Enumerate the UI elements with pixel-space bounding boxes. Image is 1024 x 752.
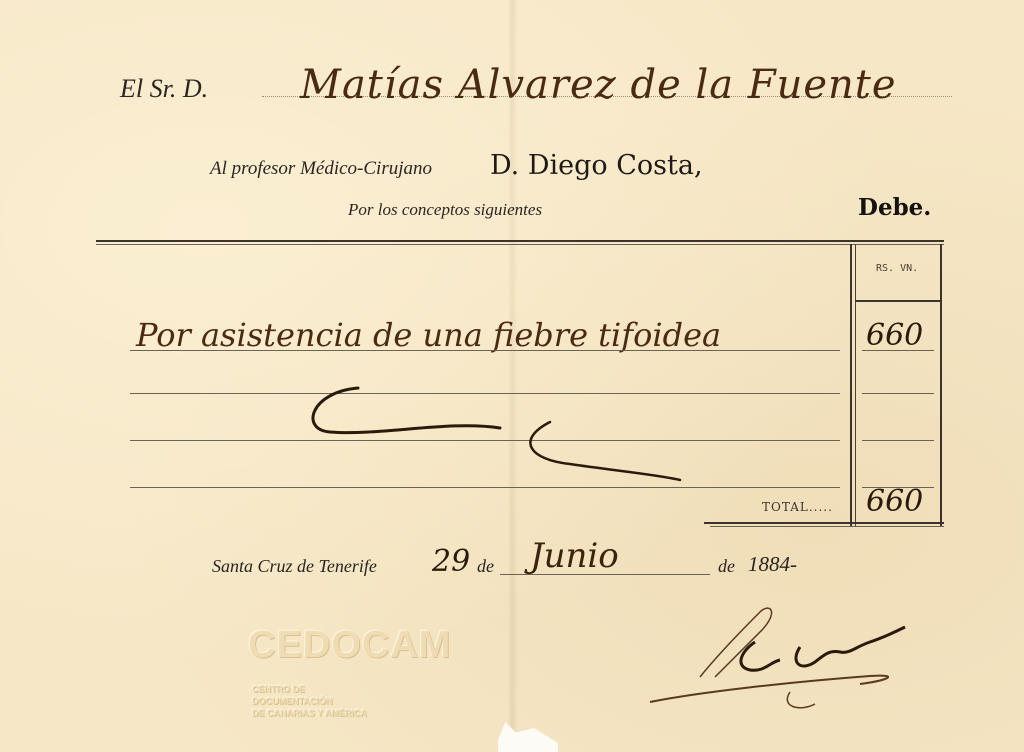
ink-flourish-icon bbox=[290, 380, 710, 490]
item-description: Por asistencia de una fiebre tifoidea bbox=[136, 316, 721, 354]
addressee-name: Matías Alvarez de la Fuente bbox=[300, 62, 897, 108]
item-rule bbox=[130, 350, 840, 351]
creditor-name: D. Diego Costa, bbox=[490, 150, 703, 181]
signature-icon bbox=[640, 592, 940, 722]
item-amount-rule bbox=[862, 350, 934, 351]
date-de-2: de bbox=[718, 556, 735, 577]
amount-header-rule bbox=[855, 300, 940, 302]
table-top-rule bbox=[96, 240, 944, 242]
concepts-label: Por los conceptos siguientes bbox=[348, 200, 542, 220]
empty-amount-line-1 bbox=[862, 393, 934, 394]
currency-header: RS. VN. bbox=[876, 263, 918, 274]
table-bottom-rule bbox=[704, 522, 944, 524]
invoice-document: El Sr. D. Matías Alvarez de la Fuente Al… bbox=[0, 0, 1024, 752]
paper-tear bbox=[498, 722, 558, 752]
date-day: 29 bbox=[432, 544, 470, 579]
item-amount: 660 bbox=[866, 318, 923, 353]
table-top-rule-inner bbox=[96, 244, 944, 245]
date-month: Junio bbox=[530, 536, 619, 576]
amount-column-divider-inner bbox=[855, 244, 856, 526]
stamp-line-2: DOCUMENTACIÓN bbox=[252, 696, 332, 706]
stamp-line-1: CENTRO DE bbox=[252, 684, 305, 694]
debe-label: Debe. bbox=[858, 194, 931, 221]
date-de-1: de bbox=[477, 556, 494, 577]
date-year: 1884- bbox=[748, 552, 797, 577]
table-right-rule bbox=[940, 244, 942, 526]
stamp-title: CEDOCAM bbox=[248, 624, 451, 667]
empty-amount-line-2 bbox=[862, 440, 934, 441]
table-bottom-rule-inner bbox=[710, 526, 944, 527]
total-amount: 660 bbox=[866, 484, 923, 519]
place-label: Santa Cruz de Tenerife bbox=[212, 556, 377, 577]
addressee-prefix: El Sr. D. bbox=[120, 74, 208, 104]
stamp-line-3: DE CANARIAS Y AMÉRICA bbox=[252, 708, 367, 718]
creditor-prefix: Al profesor Médico-Cirujano bbox=[210, 158, 432, 180]
total-label: TOTAL..... bbox=[762, 500, 833, 514]
amount-column-divider bbox=[850, 244, 852, 526]
